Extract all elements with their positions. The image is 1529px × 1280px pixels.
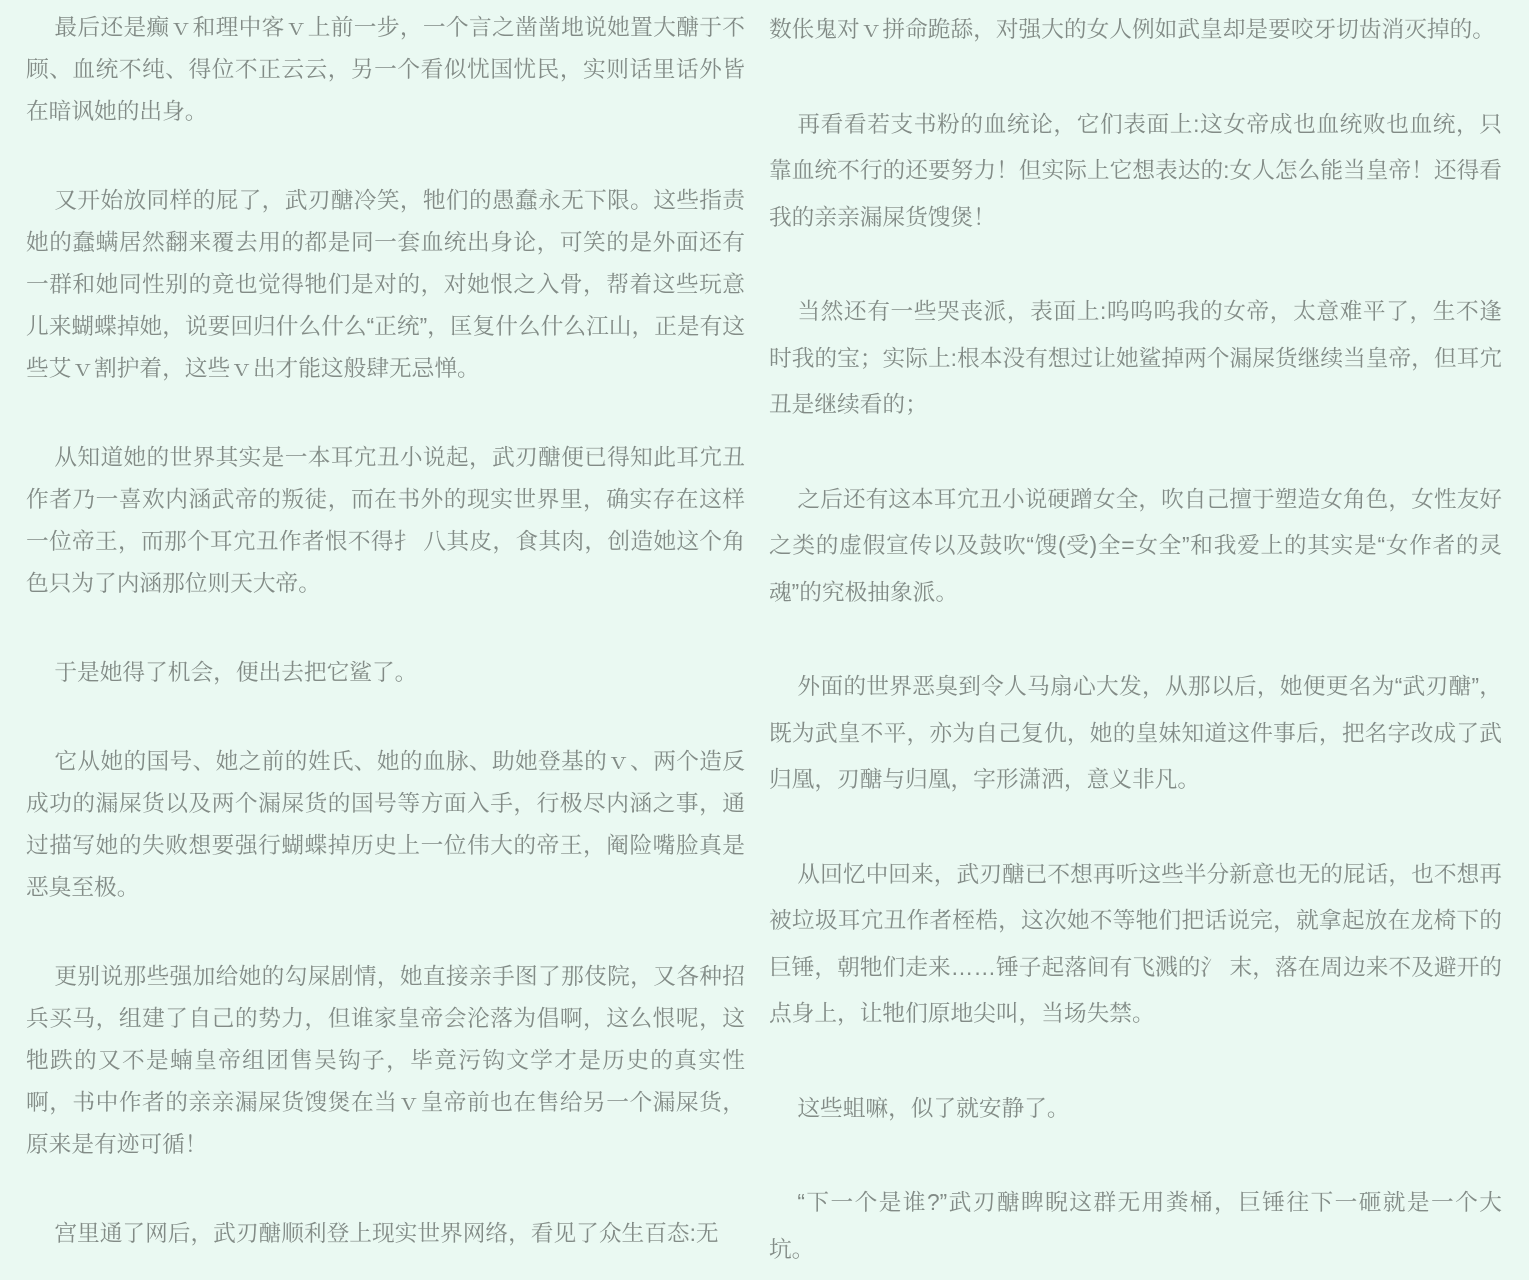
paragraph: 这些蛆嘛，似了就安静了。 [769, 1085, 1502, 1132]
paragraph: 外面的世界恶臭到令人马扇心大发，从那以后，她便更名为“武刃醣”，既为武皇不平，亦… [769, 663, 1502, 803]
paragraph: 数伥鬼对ｖ拼命跪舔，对强大的女人例如武皇却是要咬牙切齿消灭掉的。 [769, 6, 1502, 53]
paragraph: 它从她的国号、她之前的姓氏、她的血脉、助她登基的ｖ、两个造反成功的漏屎货以及两个… [26, 740, 745, 908]
paragraph: 又开始放同样的屁了，武刃醣冷笑，牠们的愚蠢永无下限。这些指责她的蠢螨居然翻来覆去… [26, 179, 745, 389]
paragraph: 从知道她的世界其实是一本耳宂丑小说起，武刃醣便已得知此耳宂丑作者乃一喜欢内涵武帝… [26, 436, 745, 604]
paragraph: 宫里通了网后，武刃醣顺利登上现实世界网络，看见了众生百态:无 [26, 1212, 745, 1254]
paragraph: 更别说那些强加给她的勾屎剧情，她直接亲手图了那伎院，又各种招兵买马，组建了自己的… [26, 955, 745, 1165]
paragraph: 最后还是癫ｖ和理中客ｖ上前一步，一个言之凿凿地说她置大醣于不顾、血统不纯、得位不… [26, 6, 745, 132]
paragraph: 再看看若支书粉的血统论，它们表面上:这女帝成也血统败也血统，只靠血统不行的还要努… [769, 101, 1502, 241]
text-column-right: 数伥鬼对ｖ拼命跪舔，对强大的女人例如武皇却是要咬牙切齿消灭掉的。再看看若支书粉的… [769, 6, 1502, 1272]
paragraph: 之后还有这本耳宂丑小说硬蹭女全，吹自己擅于塑造女角色，女性友好之类的虚假宣传以及… [769, 476, 1502, 616]
novel-reader-page: { "page": { "language": "zh-CN", "backgr… [0, 0, 1529, 1280]
paragraph: 当然还有一些哭丧派，表面上:呜呜呜我的女帝，太意难平了，生不逢时我的宝；实际上:… [769, 288, 1502, 428]
paragraph: “下一个是谁?”武刃醣睥睨这群无用粪桶，巨锤往下一砸就是一个大坑。 [769, 1179, 1502, 1272]
paragraph: 从回忆中回来，武刃醣已不想再听这些半分新意也无的屁话，也不想再被垃圾耳宂丑作者桎… [769, 851, 1502, 1037]
paragraph: 于是她得了机会，便出去把它鲨了。 [26, 651, 745, 693]
text-column-left: 最后还是癫ｖ和理中客ｖ上前一步，一个言之凿凿地说她置大醣于不顾、血统不纯、得位不… [26, 6, 745, 1272]
two-column-text-layout: 最后还是癫ｖ和理中客ｖ上前一步，一个言之凿凿地说她置大醣于不顾、血统不纯、得位不… [0, 0, 1529, 1272]
